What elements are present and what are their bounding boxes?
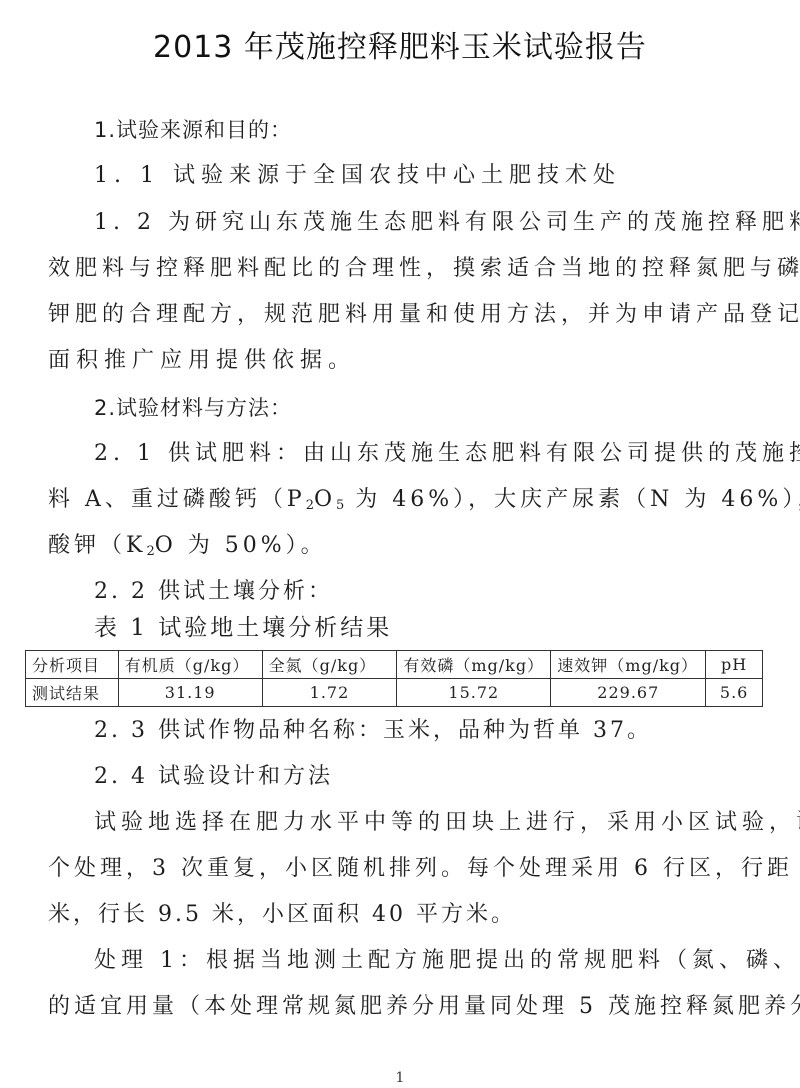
section-2-1-line-2: 料 A、重过磷酸钙（P2O5 为 46%），大庆产尿素（N 为 46%），红牛牌…: [48, 486, 748, 520]
soil-analysis-table: 分析项目 有机质（g/kg） 全氮（g/kg） 有效磷（mg/kg） 速效钾（m…: [25, 650, 763, 707]
s2-1-line3-part-b: O 为 50%）。: [155, 533, 327, 558]
table-header-cell: 有机质（g/kg）: [118, 651, 262, 679]
section-2-4-heading: 2. 4 试验设计和方法: [94, 763, 748, 791]
document-title: 2013 年茂施控释肥料玉米试验报告: [0, 22, 800, 66]
table-header-cell: 全氮（g/kg）: [262, 651, 397, 679]
subscript-2: 2: [146, 544, 154, 559]
section-1-2-line-3: 钾肥的合理配方，规范肥料用量和使用方法，并为申请产品登记和大: [48, 301, 748, 329]
s2-1-line2-part-b: O: [314, 487, 336, 512]
s2-1-line2-part-c: 为 46%），大庆产尿素（N 为 46%），红牛牌硫: [344, 487, 800, 512]
section-1-1-text: 1. 1 试验来源于全国农技中心土肥技术处: [94, 162, 748, 190]
section-1-2-line-2: 效肥料与控释肥料配比的合理性，摸索适合当地的控释氮肥与磷肥、: [48, 255, 748, 283]
treatment-1-line-1: 处理 1：根据当地测土配方施肥提出的常规肥料（氮、磷、钾）: [94, 947, 748, 975]
page-number: 1: [0, 1070, 800, 1086]
section-2-heading: 2.试验材料与方法：: [94, 394, 748, 422]
table-cell: 15.72: [397, 679, 551, 707]
table-header-cell: 速效钾（mg/kg）: [551, 651, 706, 679]
table-cell: 5.6: [706, 679, 763, 707]
design-line-3: 米，行长 9.5 米，小区面积 40 平方米。: [48, 901, 748, 929]
table-cell: 1.72: [262, 679, 397, 707]
section-1-2-line-4: 面积推广应用提供依据。: [48, 347, 748, 375]
table-cell: 测试结果: [26, 679, 119, 707]
section-2-1-line-3: 酸钾（K2O 为 50%）。: [48, 532, 748, 566]
table-cell: 229.67: [551, 679, 706, 707]
design-line-2: 个处理，3 次重复，小区随机排列。每个处理采用 6 行区，行距 0.7: [48, 855, 748, 883]
table-header-cell: 分析项目: [26, 651, 119, 679]
section-2-2-text: 2. 2 供试土壤分析：: [94, 578, 748, 606]
table-caption: 表 1 试验地土壤分析结果: [94, 614, 748, 642]
table-header-cell: pH: [706, 651, 763, 679]
s2-1-line2-part-a: 料 A、重过磷酸钙（P: [48, 487, 306, 512]
section-1-heading: 1.试验来源和目的：: [94, 116, 748, 144]
document-page: 2013 年茂施控释肥料玉米试验报告 1.试验来源和目的： 1. 1 试验来源于…: [0, 0, 800, 1088]
table-header-cell: 有效磷（mg/kg）: [397, 651, 551, 679]
table-header-row: 分析项目 有机质（g/kg） 全氮（g/kg） 有效磷（mg/kg） 速效钾（m…: [26, 651, 763, 679]
section-2-1-line-1: 2. 1 供试肥料：由山东茂施生态肥料有限公司提供的茂施控释肥: [94, 440, 748, 468]
section-2-3-text: 2. 3 供试作物品种名称：玉米，品种为哲单 37。: [94, 717, 748, 745]
design-line-1: 试验地选择在肥力水平中等的田块上进行，采用小区试验，设 6: [94, 809, 748, 837]
table-cell: 31.19: [118, 679, 262, 707]
treatment-1-line-2: 的适宜用量（本处理常规氮肥养分用量同处理 5 茂施控释氮肥养分用: [48, 993, 748, 1021]
s2-1-line3-part-a: 酸钾（K: [48, 533, 146, 558]
subscript-2: 2: [306, 498, 314, 513]
section-1-2-line-1: 1. 2 为研究山东茂施生态肥料有限公司生产的茂施控释肥料中速: [94, 209, 748, 237]
table-row: 测试结果 31.19 1.72 15.72 229.67 5.6: [26, 679, 763, 707]
